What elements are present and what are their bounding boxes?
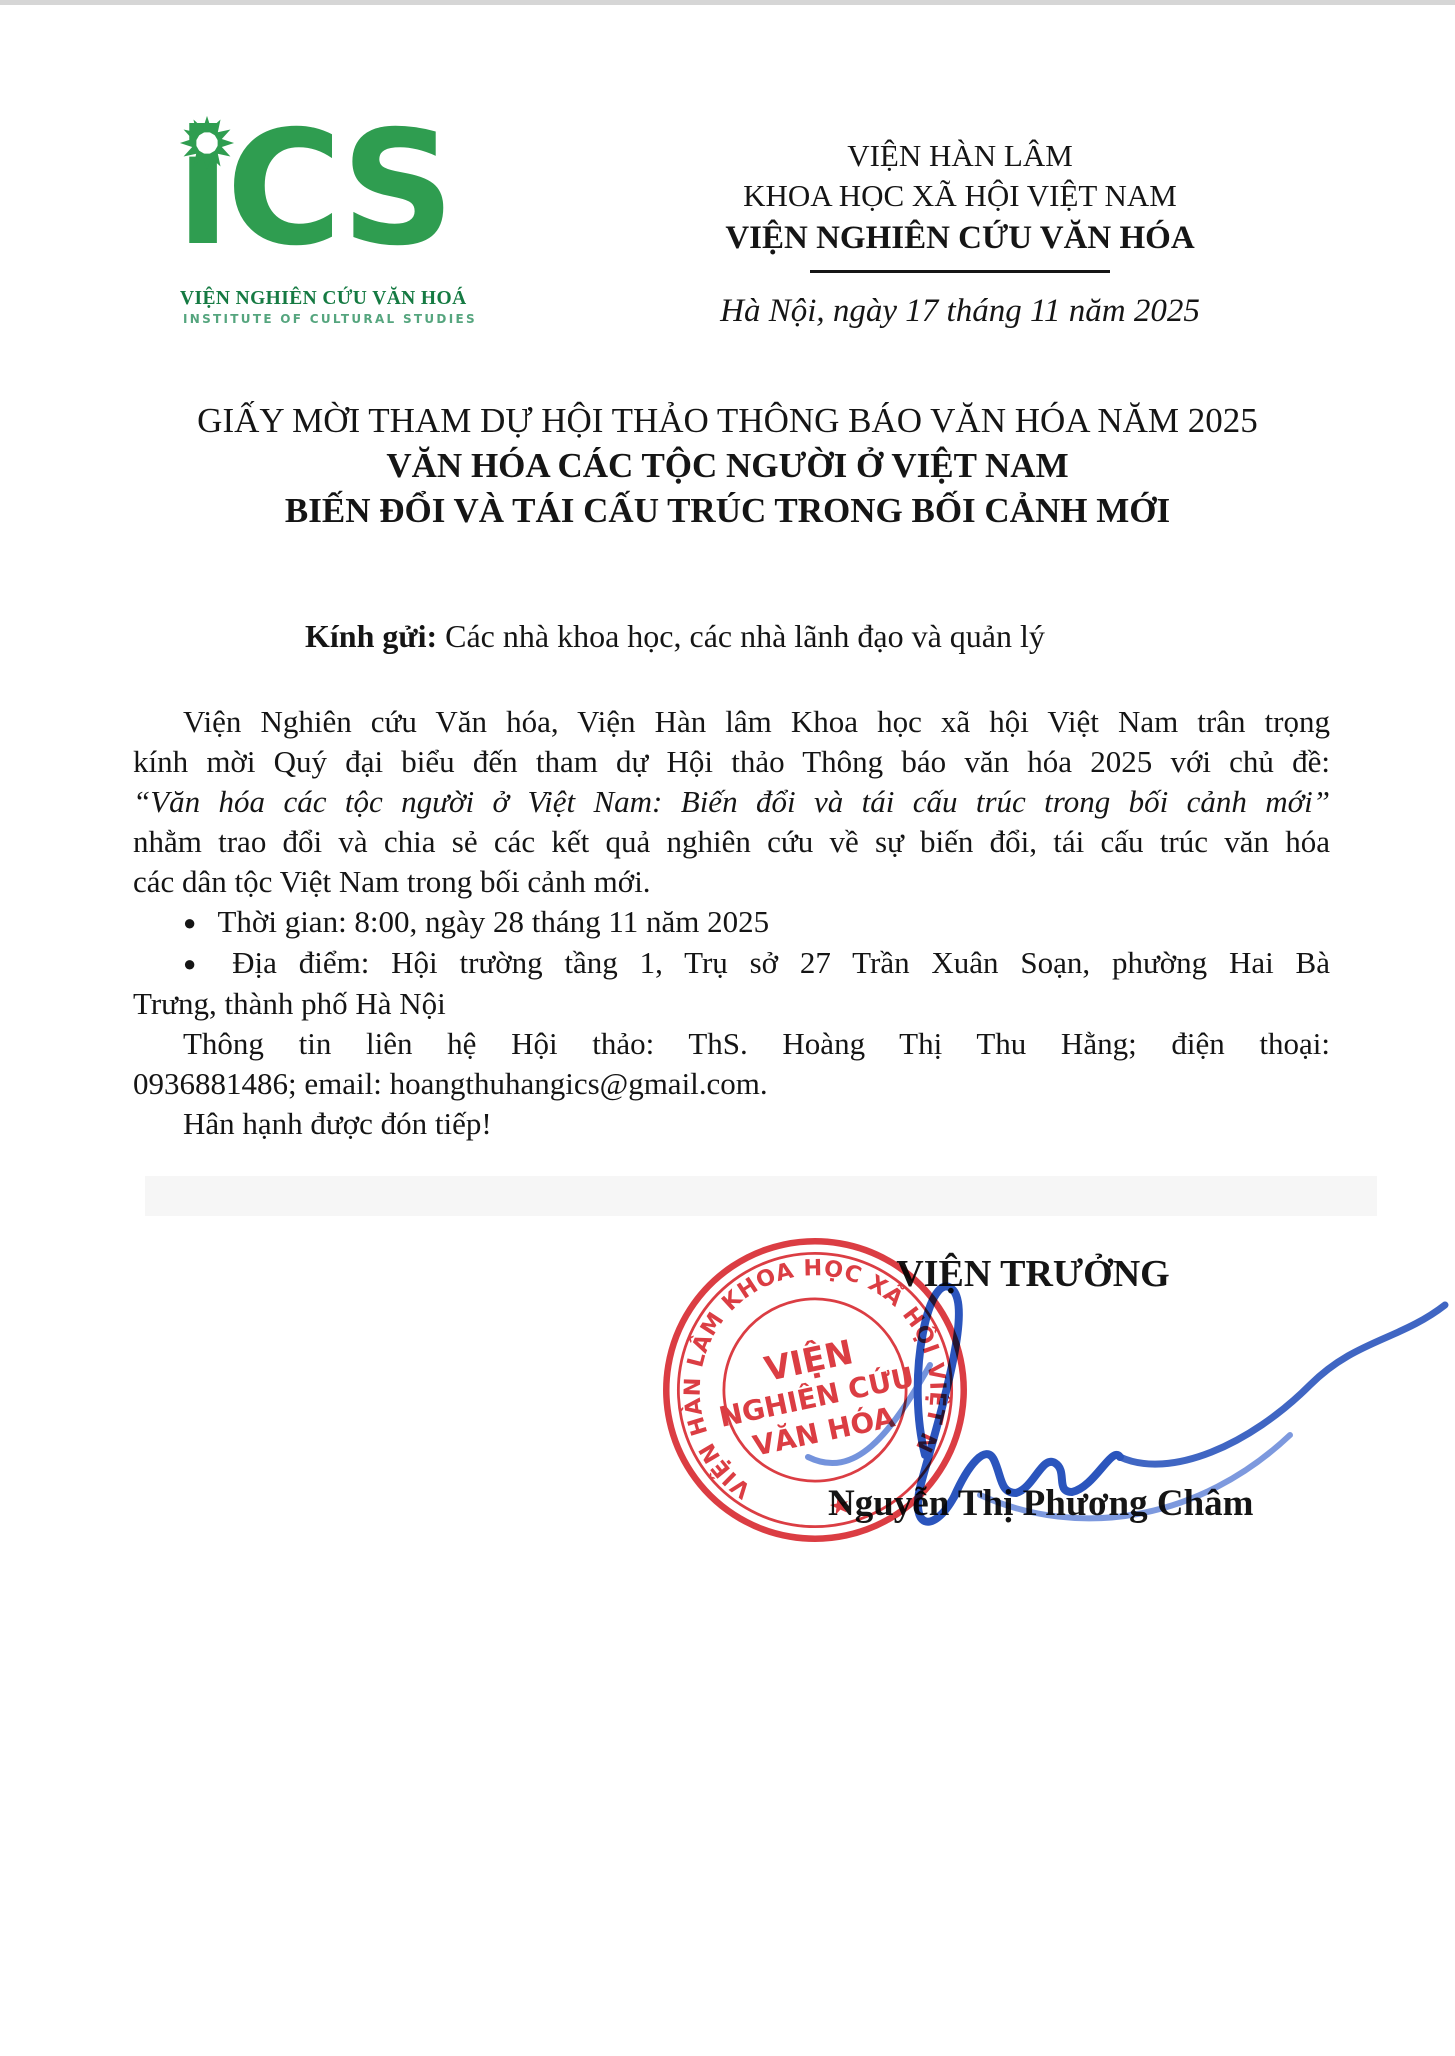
contact-line: 0936881486; email: hoangthuhangics@gmail… [133,1064,1330,1104]
body-line: Viện Nghiên cứu Văn hóa, Viện Hàn lâm Kh… [133,702,1330,742]
date-line: Hà Nội, ngày 17 tháng 11 năm 2025 [620,293,1300,330]
title-line2: VĂN HÓA CÁC TỘC NGƯỜI Ở VIỆT NAM [0,443,1455,488]
scan-top-bar [0,0,1455,5]
title-line3: BIẾN ĐỔI VÀ TÁI CẤU TRÚC TRONG BỐI CẢNH … [0,488,1455,533]
body-line: nhằm trao đổi và chia sẻ các kết quả ngh… [133,822,1330,862]
body-line-theme-quote: “Văn hóa các tộc người ở Việt Nam: Biến … [133,782,1330,822]
letterhead: VIỆN HÀN LÂM KHOA HỌC XÃ HỘI VIỆT NAM VI… [620,136,1300,330]
salutation-label: Kính gửi: [305,618,437,654]
letter-page: iCS VIỆN NGHIÊN CỨ [0,0,1455,2056]
bullet-location: ● Địa điểm: Hội trường tầng 1, Trụ sở 27… [133,943,1330,984]
scan-artifact-band [145,1176,1377,1216]
ics-logo-mark: iCS [150,100,480,290]
letterhead-rule [810,270,1110,273]
letter-title: GIẤY MỜI THAM DỰ HỘI THẢO THÔNG BÁO VĂN … [0,398,1455,533]
letter-body: Viện Nghiên cứu Văn hóa, Viện Hàn lâm Kh… [133,702,1330,1144]
contact-line: Thông tin liên hệ Hội thảo: ThS. Hoàng T… [133,1024,1330,1064]
bullet-time-text: Thời gian: 8:00, ngày 28 tháng 11 năm 20… [218,904,770,939]
logo-institute-name-vi: VIỆN NGHIÊN CỨU VĂN HOÁ [180,288,480,310]
handwritten-signature [780,1245,1450,1535]
bullet-location-text: Địa điểm: Hội trường tầng 1, Trụ sở 27 T… [232,945,1330,980]
closing-line: Hân hạnh được đón tiếp! [133,1104,1330,1144]
letterhead-line3: VIỆN NGHIÊN CỨU VĂN HÓA [620,216,1300,260]
starburst-icon [178,114,236,172]
salutation-text: Các nhà khoa học, các nhà lãnh đạo và qu… [445,618,1045,654]
body-line: kính mời Quý đại biểu đến tham dự Hội th… [133,742,1330,782]
body-line: các dân tộc Việt Nam trong bối cảnh mới. [133,862,1330,902]
bullet-icon: ● [183,944,196,984]
logo-institute-name-en: INSTITUTE OF CULTURAL STUDIES [183,312,483,326]
salutation: Kính gửi: Các nhà khoa học, các nhà lãnh… [133,616,1330,656]
letterhead-line1: VIỆN HÀN LÂM [620,136,1300,176]
letterhead-line2: KHOA HỌC XÃ HỘI VIỆT NAM [620,176,1300,216]
body-line: Trưng, thành phố Hà Nội [133,984,1330,1024]
title-line1: GIẤY MỜI THAM DỰ HỘI THẢO THÔNG BÁO VĂN … [0,398,1455,443]
bullet-time: ● Thời gian: 8:00, ngày 28 tháng 11 năm … [133,902,1330,943]
bullet-icon: ● [183,903,196,943]
ics-logo: iCS VIỆN NGHIÊN CỨ [150,100,480,290]
